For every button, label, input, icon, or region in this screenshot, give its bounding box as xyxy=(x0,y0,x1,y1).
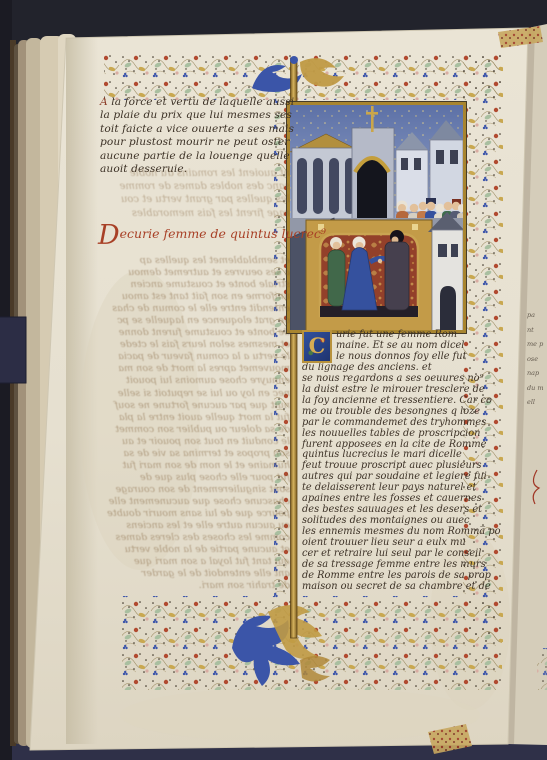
text-fragment: ell xyxy=(527,395,547,410)
text-fragment: ose xyxy=(527,352,547,367)
text-fragment: du m xyxy=(527,381,547,396)
bleedthrough-line: nuit que par aucune fortune ne souf xyxy=(98,400,290,412)
bleedthrough-line: chascune chose que aucunement elle xyxy=(98,496,290,508)
bleedthrough-line: qui tant fut loyal a son mari que xyxy=(98,556,290,568)
bleedthrough-line: et aucune partie de la noble vertu xyxy=(98,544,290,556)
woman-green xyxy=(328,250,345,306)
dark-portal xyxy=(357,160,387,220)
bleedthrough-line: ou aucun autre elle et les anciens xyxy=(98,520,290,532)
bleedthrough-line: striale bonte et coustume ancien xyxy=(98,279,290,291)
text-fragment: me p xyxy=(527,337,547,352)
bleedthrough-line: rage firent les fais memorables xyxy=(98,207,290,220)
text-line: les nouuelles tables de proscripcion xyxy=(302,429,470,440)
bleedthrough-line: de trahir son mari. xyxy=(98,580,290,592)
illuminated-initial: C xyxy=(302,330,332,363)
bleedthrough-line: humaine et le nom de son mari fut xyxy=(98,460,290,472)
bleedthrough-lower: et semblablemet les quelles apa ses oeuv… xyxy=(98,255,290,592)
bleedthrough-line: nt auoient les romains du noble xyxy=(98,167,290,180)
text-line: maison ou secret de sa chambre et de xyxy=(302,582,470,593)
text-line: par le commandemet des tryhommes xyxy=(302,418,470,429)
bleedthrough-line: de sa doleur ou publier son commet xyxy=(98,424,290,436)
facing-border-fragment xyxy=(537,648,547,690)
bleedthrough-line: de grat eloquence en laquelle se pc xyxy=(98,315,290,327)
bleedthrough-line: mouvemet apres la mort de son ma xyxy=(98,363,290,375)
bleedthrough-line: pource que de lui sans mourir doubte xyxy=(98,508,290,520)
bleedthrough-line: de bonte et coustume furent donne xyxy=(98,327,290,339)
facing-page-text-fragments: pantme posenapdu mell xyxy=(527,308,547,410)
bleedthrough-line: le vertu a la comun faveur de pacia xyxy=(98,351,290,363)
bleedthrough-line: entendit entre elle le comun de chas xyxy=(98,303,290,315)
bleedthrough-line: et mesmes selon leurs fais le ctede xyxy=(98,339,290,351)
arched-door xyxy=(440,286,456,332)
cross-finial xyxy=(371,106,374,132)
top-border xyxy=(104,52,502,100)
rubric-initial: D xyxy=(98,220,120,251)
bleedthrough-line: nec en loy ou lui se reputoit si selle xyxy=(98,388,290,400)
bookmark-tab xyxy=(0,317,26,383)
text-fragment: nap xyxy=(527,366,547,381)
text-fragment: nt xyxy=(527,323,547,338)
text-line: pour plustost mourir ne peut oster xyxy=(100,136,292,149)
manuscript-photo: A la force et vertu de laquelle aussila … xyxy=(0,0,547,760)
bleedthrough-line: uniforme en son fait tant est amou xyxy=(98,291,290,303)
bleedthrough-line: ennuyre chose aumoins lui pouoit xyxy=(98,375,290,387)
bleedthrough-line: fut pour elle chose plus que de xyxy=(98,472,290,484)
bleedthrough-line: fut la mort quelle auoit entre la pla xyxy=(98,412,290,424)
text-line: A la force et vertu de laquelle aussi xyxy=(100,96,292,109)
bleedthrough-upper: nt auoient les romains du noblesanc des … xyxy=(98,167,290,220)
bleedthrough-line: et semblablemet les quelles ap xyxy=(98,255,290,267)
text-line: me ou trouble des besongnes q loze xyxy=(302,407,470,418)
bar-top-knot xyxy=(290,56,298,64)
bleedthrough-line: sanc des nobles dames de romme xyxy=(98,180,290,193)
bleedthrough-line: le conduit en tout son pouoir et au xyxy=(98,436,290,448)
bleedthrough-line: son propos et termina sa vie de sa xyxy=(98,448,290,460)
bleedthrough-line: les quelles par grant vertu et cou xyxy=(98,193,290,206)
bleedthrough-line: comme les choses des cleres dames xyxy=(98,532,290,544)
rubric-text: ecurie femme de quintus lucrec⁹ xyxy=(120,226,326,241)
chapter-text-column: urie fut une femme Rommaine. Et se au no… xyxy=(302,330,470,593)
bleedthrough-line: sont singulierement de son courage xyxy=(98,484,290,496)
opening-text-block: A la force et vertu de laquelle aussila … xyxy=(100,96,292,176)
text-fragment: pa xyxy=(527,308,547,323)
rubric: Decurie femme de quintus lucrec⁹ xyxy=(98,223,298,242)
miniature xyxy=(287,102,467,334)
bleedthrough-line: a ses oeuvres et autremet demou xyxy=(98,267,290,279)
text-line: aucune partie de la louenge quelle xyxy=(100,150,292,163)
text-line: la plaie du prix que lui mesmes ses xyxy=(100,109,292,122)
bleedthrough-line: ant elle entendoit de le garder xyxy=(98,568,290,580)
text-line: toit faicte a vice ouuerte a ses mais xyxy=(100,123,292,136)
man-dark-robe xyxy=(385,242,409,310)
